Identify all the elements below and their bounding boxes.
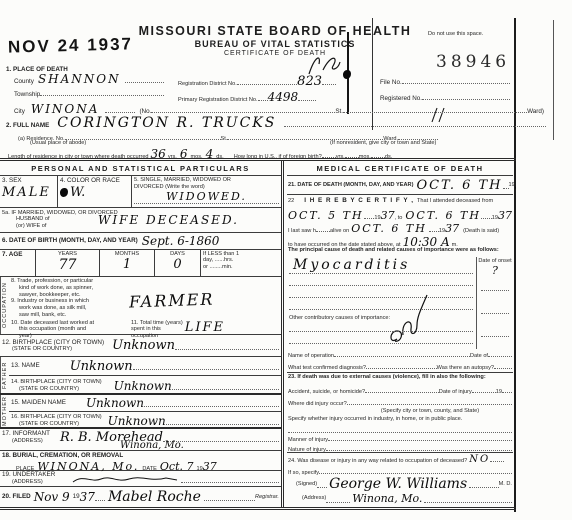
autopsy-line [494, 361, 512, 369]
principal-label: The principal cause of death and related… [288, 247, 499, 254]
foreign-mos-line [345, 150, 359, 158]
death-certificate-scan: NOV 24 1937 MISSOURI STATE BOARD OF HEAL… [0, 0, 572, 520]
injury-date-label: Date of injury [439, 389, 472, 396]
operation-label: Name of operation [288, 353, 334, 360]
mother-maiden-line [144, 399, 279, 407]
page-title: MISSOURI STATE BOARD OF HEALTH [125, 24, 425, 38]
filed-line2 [204, 493, 255, 501]
from-year-value: 37 [381, 209, 395, 222]
dod-year-value: 37 [515, 178, 516, 193]
filed-date-value: Nov 9 [34, 490, 70, 504]
filed-row: 20. FILED Nov 9 19 37 Mabel Roche Regist… [0, 487, 281, 507]
injury-date-line [472, 385, 496, 393]
specify-note: (Specify city or town, county, and State… [381, 408, 479, 415]
spouse-row: 5a. IF MARRIED, WIDOWED, OR DIVORCED HUS… [0, 208, 281, 233]
county-line [125, 75, 164, 83]
undertaker-row: 19. UNDERTAKER (ADDRESS) [0, 471, 281, 487]
signed-row: (Signed) George W. Williams M. D. [287, 476, 513, 492]
spouse-label2: HUSBAND of [2, 216, 98, 223]
if-so-row: If so, specify [287, 466, 513, 476]
birthplace-label: 12. BIRTHPLACE (CITY OR TOWN) [2, 339, 104, 347]
age-months-label: MONTHS [102, 251, 152, 258]
race-value: W. [70, 185, 85, 200]
to-line [481, 211, 492, 219]
certify-bold: I H E R E B Y C E R T I F Y , [304, 197, 414, 205]
cause-of-death-value: Myocarditis [293, 257, 410, 273]
residence-ward-line [398, 132, 438, 140]
if-so-line [319, 466, 512, 474]
undertaker-address-label: (ADDRESS) [2, 479, 55, 486]
age-days-cell: DAYS 0 [155, 250, 201, 277]
reg-district-value: 823 [297, 74, 322, 89]
related-value: NO [469, 454, 490, 465]
cause-line4 [289, 309, 473, 310]
total-time-label2: spent in this [131, 326, 183, 333]
registered-no-line [422, 92, 510, 100]
abode-note: (Usual place of abode) [30, 140, 86, 147]
mother-bp-line [166, 417, 279, 425]
last-saw-label: I last saw h [288, 228, 316, 235]
undertaker-line [181, 475, 279, 483]
attended-to-value: OCT. 6 TH [405, 209, 481, 222]
dob-row: 6. DATE OF BIRTH (MONTH, DAY, AND YEAR) … [0, 233, 281, 250]
father-bp-label: 14. BIRTHPLACE (CITY OR TOWN) [11, 379, 102, 386]
address-line2 [424, 495, 512, 503]
external-label: 23. If death was due to external causes … [288, 374, 486, 381]
onset-line3 [481, 329, 509, 337]
race-label: 4. COLOR OR RACE [60, 177, 129, 185]
to-label: , to [395, 215, 403, 222]
sex-value: MALE [2, 185, 55, 200]
file-no-line [402, 76, 510, 84]
total-time-label1: 11. Total time (years) [131, 320, 183, 327]
where-line [347, 397, 512, 405]
ink-blot [343, 70, 351, 79]
spouse-value: WIFE DECEASED. [98, 213, 239, 227]
contributory-pen-scribble [387, 287, 437, 345]
father-name-label: 13. NAME [11, 362, 40, 370]
filed-year-prefix: 19 [73, 493, 80, 501]
age-less-note3: or ........min. [203, 264, 279, 271]
injury-year-line [502, 385, 512, 393]
dod-value: OCT. 6 TH [416, 178, 502, 193]
occupation-vertical-label: OCCUPATION [0, 277, 9, 334]
onset-line1 [481, 283, 509, 291]
signed-label: (Signed) [296, 481, 317, 488]
outer-right-rule [553, 20, 554, 140]
county-label: County [14, 78, 34, 86]
age-less-cell: If LESS than 1 day, ......hrs. or ......… [201, 250, 281, 277]
certify-number: 22 [288, 198, 294, 205]
death-said-label: (Death is said) [463, 228, 499, 235]
dob-value: Sept. 6-1860 [142, 234, 220, 248]
personal-column: PERSONAL AND STATISTICAL PARTICULARS 3. … [0, 161, 284, 507]
related-label: 24. Was disease or injury in any way rel… [288, 458, 467, 465]
to-year-value: 37 [498, 209, 512, 222]
onset-line2 [481, 306, 509, 314]
last-saw-line [316, 224, 330, 232]
city-line [105, 105, 135, 113]
physician-address-value: Winona, Mo. [352, 492, 422, 505]
informant-address-value: Winona, Mo. [120, 440, 184, 451]
foreign-ds-line [371, 150, 385, 158]
test-line [366, 361, 437, 369]
contributory-line1 [289, 331, 473, 332]
informant-label: 17. INFORMANT [2, 430, 50, 438]
alive-label: alive on [330, 228, 349, 235]
mother-maiden-value: Unknown [86, 396, 144, 410]
age-days-value: 0 [157, 257, 198, 272]
last-worked-label1: 10. Date deceased last worked at [11, 320, 131, 327]
marital-label: 5. SINGLE, MARRIED, WIDOWED OR [134, 177, 279, 184]
age-days-label: DAYS [157, 251, 198, 258]
mother-maiden-row: 15. MAIDEN NAME Unknown [9, 395, 281, 412]
operation-date-label: Date of [470, 353, 488, 360]
primary-district-line2 [298, 93, 316, 101]
physician-signature: George W. Williams [329, 476, 467, 492]
full-name-label: 2. FULL NAME [6, 122, 49, 130]
race-cell: 4. COLOR OR RACE W. [58, 176, 132, 207]
where-row: Where did injury occur? [287, 397, 513, 408]
personal-section-title: PERSONAL AND STATISTICAL PARTICULARS [0, 161, 281, 176]
sex-cell: 3. SEX MALE [0, 176, 58, 207]
mother-maiden-label: 15. MAIDEN NAME [11, 399, 66, 407]
city-no-line [151, 105, 335, 113]
reg-district-line [237, 77, 297, 85]
father-block: FATHER 13. NAME Unknown 14. BIRTHPLACE (… [0, 357, 281, 395]
age-years-label: YEARS [38, 251, 97, 258]
birthplace-value: Unknown [112, 338, 175, 353]
from-line [364, 211, 375, 219]
specify-fill-row [287, 425, 513, 433]
mother-vertical-label: MOTHER [0, 395, 9, 427]
father-vertical-label: FATHER [0, 357, 9, 393]
undertaker-signature-scribble [71, 473, 181, 485]
principal-cause-label-row: The principal cause of death and related… [287, 247, 513, 257]
father-bp-line [172, 382, 279, 390]
accident-row: Accident, suicide, or homicide? Date of … [287, 385, 513, 397]
medical-column: MEDICAL CERTIFICATE OF DEATH 21. DATE OF… [284, 161, 516, 507]
foreign-yrs-line [322, 150, 336, 158]
filed-year-value: 37 [80, 490, 95, 504]
primary-district-line [258, 93, 268, 101]
onset-label: Date of onset [477, 257, 513, 264]
dod-label: 21. DATE OF DEATH (MONTH, DAY, AND YEAR) [288, 182, 413, 189]
last-saw-value: OCT. 6 TH [351, 222, 427, 235]
city-st-line [343, 105, 527, 113]
father-bp-sub: (STATE OR COUNTRY) [11, 386, 102, 393]
address-line1 [326, 495, 350, 503]
specify-place-row: Specify whether injury occurred in indus… [287, 416, 513, 425]
do-not-use-note: Do not use this space. [428, 31, 483, 38]
nature-line [326, 443, 512, 451]
total-time-label3: occupation [131, 333, 183, 340]
trade-label2: kind of work done, as spinner, [11, 285, 279, 292]
certificate-subtitle: CERTIFICATE OF DEATH [125, 50, 425, 57]
burial-row: 18. BURIAL, CREMATION, OR REMOVAL PLACE … [0, 451, 281, 471]
dob-label: 6. DATE OF BIRTH (MONTH, DAY, AND YEAR) [2, 237, 138, 245]
md-label: M. D. [499, 481, 512, 488]
filed-line1 [95, 493, 105, 501]
industry-value: FARMER [129, 290, 215, 312]
marital-value: WIDOWED. [134, 190, 279, 204]
county-value: SHANNON [38, 72, 121, 86]
city-value: WINONA [31, 102, 100, 116]
father-name-row: 13. NAME Unknown [9, 357, 281, 376]
file-no-label: File No. [380, 79, 402, 87]
marital-cell: 5. SINGLE, MARRIED, WIDOWED OR DIVORCED … [132, 176, 281, 207]
father-name-value: Unknown [70, 359, 133, 374]
specify-note-row: (Specify city or town, county, and State… [287, 408, 513, 416]
age-months-cell: MONTHS 1 [100, 250, 155, 277]
received-date-stamp: NOV 24 1937 [8, 34, 133, 57]
cause-line3 [289, 297, 473, 298]
sex-label: 3. SEX [2, 177, 55, 185]
mother-bp-value: Unknown [108, 414, 166, 428]
operation-row: Name of operation Date of [287, 349, 513, 361]
occupation-block: OCCUPATION 8. Trade, profession, or part… [0, 277, 281, 335]
age-less-note2: day, ......hrs. [203, 257, 279, 264]
bureau-subtitle: BUREAU OF VITAL STATISTICS [125, 39, 425, 49]
autopsy-label: Was there an autopsy? [437, 365, 494, 372]
signed-line1 [317, 480, 327, 488]
test-label: What test confirmed diagnosis? [288, 365, 366, 372]
operation-date-line [488, 349, 512, 357]
age-months-value: 1 [102, 257, 152, 272]
ink-blot-race [60, 188, 68, 197]
residence-no-line [65, 132, 221, 140]
contributory-label: Other contributory causes of importance: [289, 315, 390, 322]
residence-st-line [227, 132, 383, 140]
mother-birthplace-row: 16. BIRTHPLACE (CITY OR TOWN) (STATE OR … [9, 412, 281, 429]
nature-label: Nature of injury [288, 447, 326, 454]
father-birthplace-row: 14. BIRTHPLACE (CITY OR TOWN) (STATE OR … [9, 376, 281, 395]
related-line [490, 454, 504, 462]
father-bp-value: Unknown [114, 379, 172, 393]
birthplace-line [175, 342, 279, 350]
sex-race-marital-row: 3. SEX MALE 4. COLOR OR RACE W. 5. SINGL… [0, 176, 281, 208]
informant-address-label: (ADDRESS) [2, 438, 50, 445]
father-name-line [133, 362, 279, 370]
nonresident-note: (If nonresident, give city or town and S… [330, 140, 436, 147]
spouse-label: 5a. IF MARRIED, WIDOWED, OR DIVORCED [2, 210, 98, 217]
mother-bp-label: 16. BIRTHPLACE (CITY OR TOWN) [11, 414, 102, 421]
marital-label2: DIVORCED (Write the word) [134, 184, 279, 191]
cause-line2 [289, 285, 473, 286]
test-autopsy-row: What test confirmed diagnosis? Was there… [287, 361, 513, 373]
last-worked-label2: this occupation (month and [11, 326, 131, 333]
file-number-value: 38946 [436, 52, 510, 72]
registrar-signature: Mabel Roche [108, 489, 201, 505]
total-time-value: LIFE [185, 320, 225, 335]
attended-from-value: OCT. 5 TH [288, 209, 364, 222]
certify-line3: I last saw h alive on OCT. 6 TH 19 37 (D… [287, 222, 513, 235]
full-name-value: CORINGTON R. TRUCKS [57, 115, 276, 131]
cause-line1 [289, 273, 473, 274]
undertaker-label: 19. UNDERTAKER [2, 471, 55, 479]
certify-text: That I attended deceased from [417, 198, 493, 205]
contributory-line2 [289, 343, 473, 344]
onset-value: ? [477, 264, 513, 277]
last-saw-line2 [429, 224, 439, 232]
township-label: Township [14, 91, 40, 99]
form-header: MISSOURI STATE BOARD OF HEALTH BUREAU OF… [125, 24, 425, 57]
form-body: PERSONAL AND STATISTICAL PARTICULARS 3. … [0, 158, 516, 510]
related-row: 24. Was disease or injury in any way rel… [287, 454, 513, 466]
last-year-value: 37 [445, 222, 459, 235]
township-line [40, 88, 164, 96]
reg-district-label: Registration District No. [178, 81, 237, 88]
residence-st-label: St. [221, 136, 228, 143]
specify-place-label: Specify whether injury occurred in indus… [288, 416, 462, 423]
operation-line [334, 349, 470, 357]
accident-line [365, 385, 439, 393]
trade-label1: 8. Trade, profession, or particular [11, 278, 279, 285]
physician-address-row: (Address) Winona, Mo. [287, 492, 513, 505]
medical-section-title: MEDICAL CERTIFICATE OF DEATH [287, 161, 513, 176]
cause-area: Date of onset ? Myocarditis Other contri… [287, 257, 513, 349]
birthplace-sub-label: (STATE OR COUNTRY) [2, 346, 104, 353]
external-causes-heading: 23. If death was due to external causes … [287, 374, 513, 385]
burial-label: 18. BURIAL, CREMATION, OR REMOVAL [2, 452, 279, 460]
date-of-death-row: 21. DATE OF DEATH (MONTH, DAY, AND YEAR)… [287, 176, 513, 195]
manner-row: Manner of injury [287, 433, 513, 443]
age-years-cell: YEARS 77 [36, 250, 100, 277]
certify-line2: OCT. 5 TH 19 37 , to OCT. 6 TH 19 37 [287, 209, 513, 222]
age-label-cell: 7. AGE [0, 250, 36, 277]
signed-line2 [469, 480, 498, 488]
physician-address-label: (Address) [302, 495, 326, 502]
mother-block: MOTHER 15. MAIDEN NAME Unknown 16. BIRTH… [0, 395, 281, 429]
mother-bp-sub: (STATE OR COUNTRY) [11, 421, 102, 428]
age-row: 7. AGE YEARS 77 MONTHS 1 DAYS 0 If LESS … [0, 250, 281, 278]
informant-row: 17. INFORMANT (ADDRESS) R. B. Morehead W… [0, 429, 281, 451]
industry-label3: saw mill, bank, etc. [11, 312, 279, 319]
spouse-label3: (or) WIFE of [2, 223, 98, 230]
last-worked-label3: year) [11, 333, 131, 340]
full-name-line [284, 119, 546, 127]
age-years-value: 77 [38, 257, 97, 273]
certify-line1: 22 I H E R E B Y C E R T I F Y , That I … [287, 197, 513, 209]
where-label: Where did injury occur? [288, 401, 347, 408]
nature-row: Nature of injury [287, 443, 513, 453]
reg-district-line2 [322, 77, 336, 85]
registrar-label: Registrar. [255, 494, 279, 501]
certify-line4: to have occurred on the date stated abov… [287, 235, 513, 247]
accident-label: Accident, suicide, or homicide? [288, 389, 365, 396]
manner-line [328, 433, 512, 441]
filed-label: 20. FILED [2, 493, 31, 501]
age-less-note1: If LESS than 1 [203, 251, 279, 258]
specify-fill-line [288, 425, 512, 433]
onset-column: Date of onset ? [476, 257, 513, 349]
